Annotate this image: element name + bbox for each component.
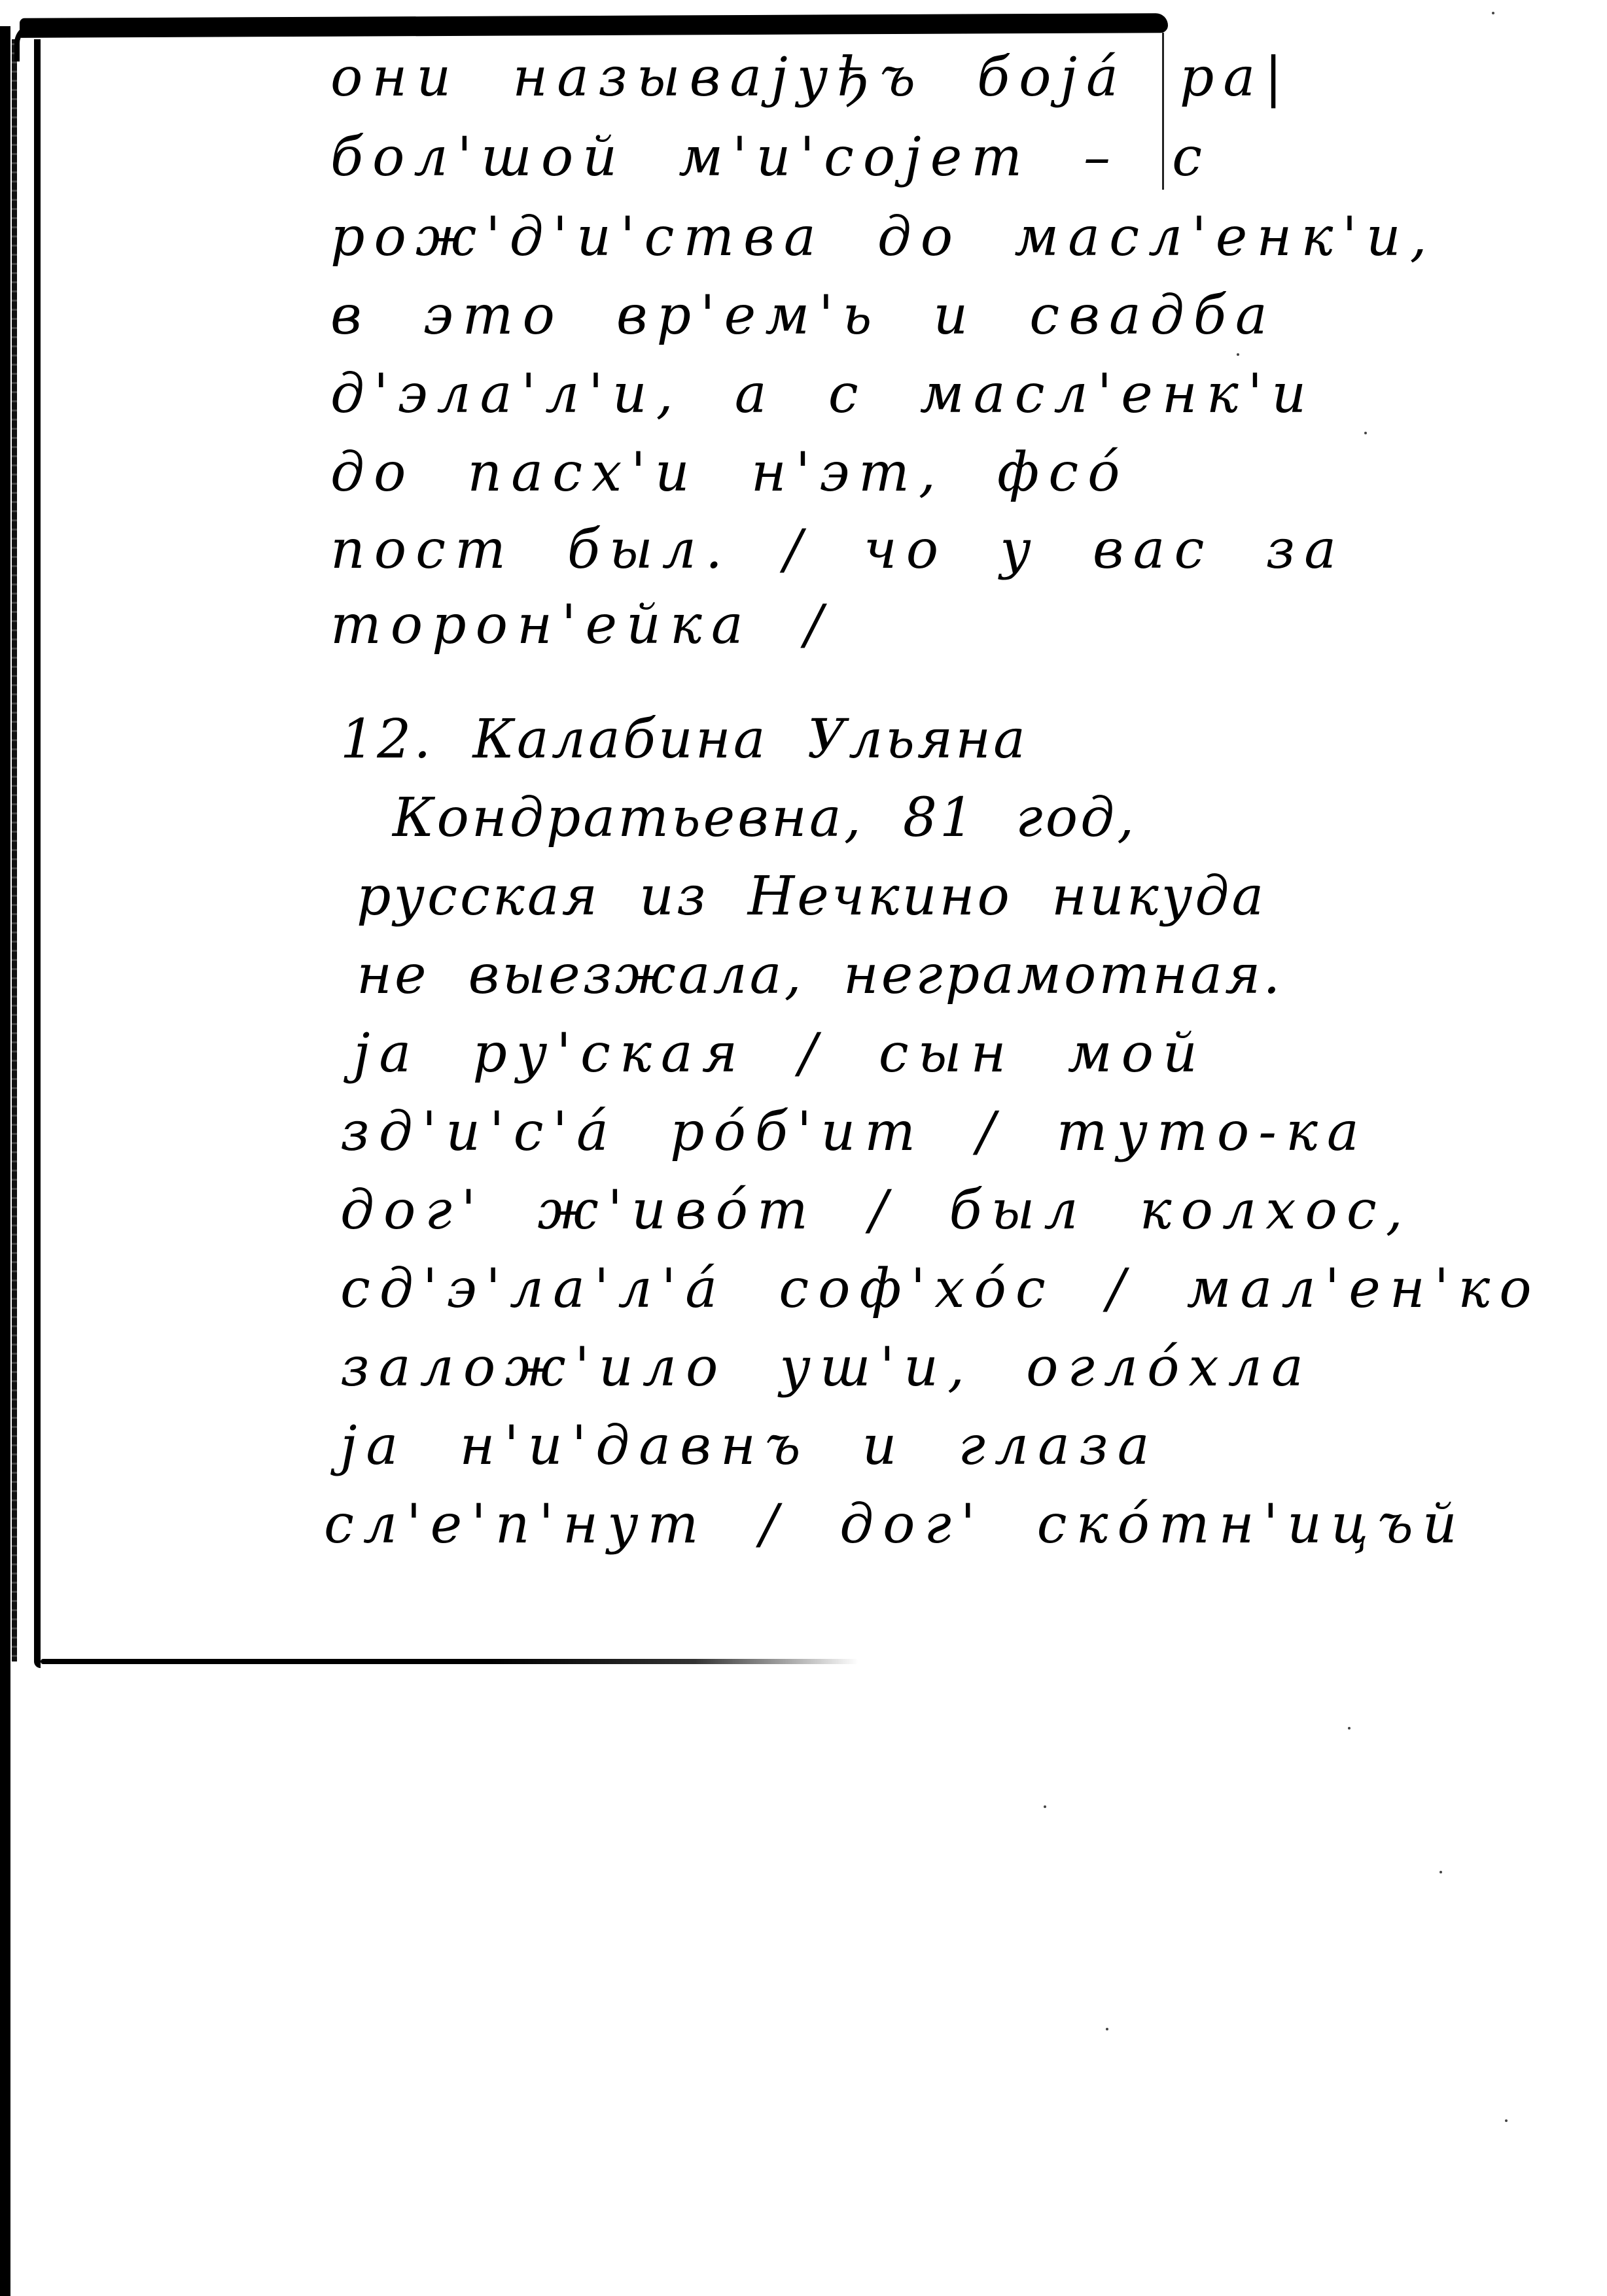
scan-speck <box>1364 432 1367 434</box>
handwritten-line: до пасх'и н'эт, фсó <box>330 446 1129 500</box>
handwritten-line: бол'шой м'и'сојет – с <box>330 131 1211 184</box>
scanned-page: они называјуђъ бојá ра| бол'шой м'и'соје… <box>0 0 1607 2296</box>
notebook-top-edge <box>20 13 1168 38</box>
notebook-corner-curl <box>14 24 46 61</box>
scan-left-edge <box>0 26 10 2296</box>
scan-speck <box>1348 1727 1351 1730</box>
informant-header-line: русская из Нечкино никуда <box>357 870 1266 924</box>
transcript-line: ја н'и'давнъ и глаза <box>340 1419 1159 1473</box>
transcript-line: зд'и'с'á ро́б'ит / туто-ка <box>340 1105 1368 1159</box>
scan-speck <box>1439 1871 1442 1873</box>
transcript-line: сд'э'ла'л'á соф'хóс / мал'ен'ко <box>340 1262 1541 1316</box>
informant-header-line: не выезжала, неграмотная. <box>357 948 1282 1002</box>
handwritten-line: они называјуђъ бојá ра| <box>330 51 1292 105</box>
transcript-line: сл'е'п'нут / дог' скóтн'ицъй <box>324 1498 1466 1552</box>
handwritten-line: пост был. / чо у вас за <box>330 523 1345 577</box>
scan-speck <box>1044 1805 1046 1808</box>
informant-header-line: 12. Калабина Ульяна <box>340 713 1028 767</box>
handwritten-line: д'эла'л'и, а с масл'енк'и <box>330 368 1315 421</box>
transcript-line: дог' ж'ивóт / был колхос, <box>340 1184 1412 1238</box>
scan-speck <box>1492 12 1494 14</box>
notebook-page-bottom-border <box>41 1659 858 1664</box>
informant-header-line: Кондратьевна, 81 год, <box>393 791 1137 845</box>
scan-speck <box>1505 2119 1508 2122</box>
handwritten-line: рож'д'и'ства до масл'енк'и, <box>330 211 1436 264</box>
scan-speck <box>1237 353 1239 356</box>
notebook-page-left-border <box>34 39 41 1668</box>
handwritten-line: в это вр'ем'ь и свадба <box>330 289 1277 343</box>
transcript-line: ја ру'ская / сын мой <box>353 1027 1207 1081</box>
handwritten-line: торон'ейка / <box>330 599 832 652</box>
transcript-line: залож'ило уш'и, оглóхла <box>340 1341 1313 1395</box>
scan-speck <box>1106 2028 1108 2030</box>
notebook-binding-edge <box>12 39 17 1661</box>
